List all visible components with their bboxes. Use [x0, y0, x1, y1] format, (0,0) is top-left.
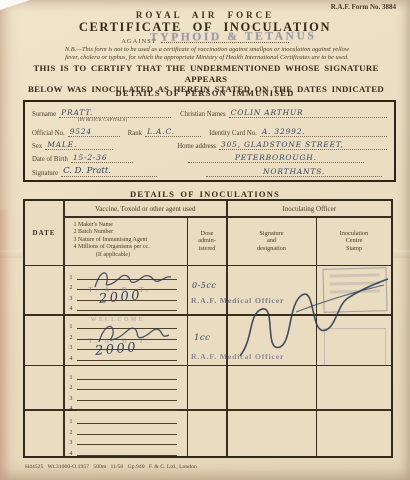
inoculations-table: DATE Vaccine, Toxoid or other agent used…	[23, 199, 393, 458]
vaccine-cell-row1: 1 2 3 4 T. A. B. T. 2000	[65, 266, 187, 314]
maker-handwriting-row2	[91, 320, 171, 346]
rank-value: L.A.C.	[145, 127, 201, 137]
vaccine-subheader-line2: 2 Batch Number	[74, 229, 187, 237]
medical-officer-stamp-row1: R.A.F. Medical Officer	[191, 296, 326, 305]
date-cell-row2	[25, 316, 63, 365]
person-section-title: DETAILS OF PERSON IMMUNISED	[0, 88, 410, 98]
nb-note-line1: N.B.—This form is not to be used as a ce…	[26, 46, 388, 54]
date-cell-row3	[25, 366, 63, 409]
medical-officer-stamp-row2: R.A.F. Medical Officer	[191, 352, 326, 361]
vaccine-subheader-line1: 1 Maker's Name	[74, 222, 187, 230]
person-row-official: Official No. 9524 Rank L.A.C. Identity C…	[32, 124, 387, 137]
typhoid-tetanus-stamp: TYPHOID & TETANUS	[150, 30, 317, 44]
official-no-label: Official No.	[32, 130, 65, 137]
christian-names-value: COLIN ARTHUR	[229, 108, 387, 118]
person-row-name: Surname PRATT. Christian Names COLIN ART…	[32, 105, 387, 118]
rank-label: Rank	[128, 130, 142, 137]
dose-subheader: Dose admin- istered	[188, 218, 226, 265]
home-address-line1: 305, GLADSTONE STREET,	[219, 140, 387, 150]
stamp-cell-row2	[317, 316, 391, 365]
surname-label: Surname	[32, 111, 56, 118]
date-cell-row1	[25, 266, 63, 314]
identity-card-value: A. 32992.	[260, 127, 387, 137]
identity-card-label: Identity Card No.	[209, 130, 257, 137]
date-column-header: DATE	[25, 201, 63, 265]
scan-corner-artifact	[0, 0, 30, 10]
person-details-box: Surname PRATT. Christian Names COLIN ART…	[23, 100, 396, 182]
home-address-line2: PETERBOROUGH.	[188, 153, 364, 163]
nb-note-line2: fever, cholera or typhus, for which the …	[26, 54, 388, 62]
officer-group-header: Inoculating Officer	[228, 201, 392, 216]
home-address-label: Home address	[177, 143, 216, 150]
certify-line1: THIS IS TO CERTIFY THAT THE UNDERMENTION…	[15, 63, 397, 84]
printer-imprint: H44525 Wt.31000-O.1957 500m 11/50 Gp.940…	[25, 464, 197, 470]
sex-value: MALE.	[45, 140, 113, 150]
vaccine-subheader-line5: (If applicable)	[74, 252, 153, 260]
stamp-cell-row1	[317, 266, 391, 314]
dose-value-row2: 1cc	[188, 316, 226, 343]
vaccine-subheader-line4: 4 Millions of Organisms per cc.	[74, 244, 187, 252]
maker-handwriting-row1	[89, 267, 173, 291]
person-signature-value: C. D. Pratt.	[61, 166, 157, 177]
dose-cell-row2: 1cc R.A.F. Medical Officer	[188, 316, 226, 365]
sex-label: Sex	[32, 143, 42, 150]
nb-note: N.B.—This form is not to be used as a ce…	[26, 46, 388, 62]
stamp-subheader: Inoculation Centre Stamp	[317, 218, 391, 265]
official-no-value: 9524	[68, 127, 120, 137]
vaccine-cell-row4: 1 2 3 4	[65, 411, 187, 456]
dose-cell-row4	[188, 411, 226, 456]
signature-cell-row1	[228, 266, 316, 314]
dob-label: Date of Birth	[32, 156, 68, 163]
surname-value: PRATT.	[59, 108, 171, 118]
stamp-cell-row4	[317, 411, 391, 456]
person-row-sex-address: Sex MALE. Home address 305, GLADSTONE ST…	[32, 137, 387, 150]
inoculation-centre-stamp-row2	[324, 328, 386, 368]
dose-value-row1: 0-5cc	[188, 266, 226, 290]
service-title: ROYAL AIR FORCE	[0, 10, 410, 20]
vaccine-group-header: Vaccine, Toxoid or other agent used	[65, 201, 227, 216]
signature-subheader: Signature and designation	[228, 218, 316, 265]
vaccine-cell-row2: 1 2 3 4 WELLCOME T. A. B. T. 2000	[65, 316, 187, 365]
dose-cell-row1: 0-5cc R.A.F. Medical Officer	[188, 266, 226, 314]
vaccine-subheader: 1 Maker's Name 2 Batch Number 3 Nature o…	[65, 218, 187, 265]
stamp-cell-row3	[317, 366, 391, 409]
person-row-signature: Signature C. D. Pratt. NORTHANTS.	[32, 163, 387, 177]
home-address-line3: NORTHANTS.	[206, 167, 382, 177]
scan-edge-shadow	[0, 210, 11, 480]
signature-label: Signature	[32, 170, 58, 177]
certificate-sheet: R.A.F. Form No. 3884 ROYAL AIR FORCE CER…	[0, 0, 410, 480]
dob-value: 15-2-36	[71, 153, 133, 163]
christian-names-label: Christian Names	[180, 111, 226, 118]
signature-cell-row3	[228, 366, 316, 409]
inoculation-centre-stamp-row1	[322, 267, 387, 313]
block-capitals-note: (IN BLOCK CAPITALS)	[78, 118, 310, 123]
date-cell-row4	[25, 411, 63, 456]
signature-cell-row4	[228, 411, 316, 456]
inoculations-section-title: DETAILS OF INOCULATIONS	[0, 189, 410, 199]
dose-cell-row3	[188, 366, 226, 409]
vaccine-cell-row3: 1 2 3 4	[65, 366, 187, 409]
person-row-dob: Date of Birth 15-2-36 PETERBOROUGH.	[32, 150, 387, 163]
